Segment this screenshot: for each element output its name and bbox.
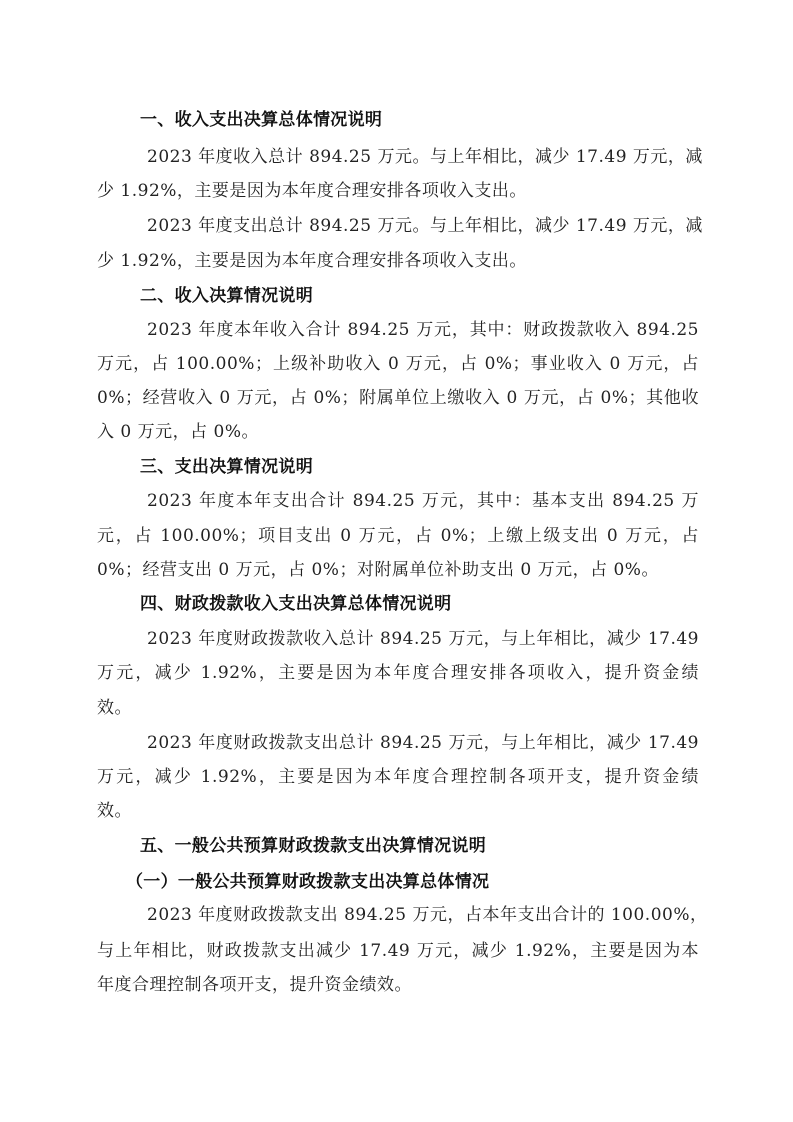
paragraph-line: 2023 年度收入总计 894.25 万元。与上年相比，减少 17.49 万元，…: [147, 145, 699, 169]
paragraph-line: 2023 年度支出总计 894.25 万元。与上年相比，减少 17.49 万元，…: [147, 214, 699, 238]
paragraph-line: 元，占 100.00%；项目支出 0 万元，占 0%；上缴上级支出 0 万元，占: [97, 524, 699, 548]
paragraph-line: 万元，减少 1.92%，主要是因为本年度合理控制各项开支，提升资金绩: [97, 765, 699, 789]
section-heading-4: 四、财政拨款收入支出决算总体情况说明: [140, 592, 451, 616]
paragraph-line: 2023 年度财政拨款收入总计 894.25 万元，与上年相比，减少 17.49: [147, 627, 699, 651]
paragraph-line: 年度合理控制各项开支，提升资金绩效。: [97, 973, 699, 997]
paragraph-line: 与上年相比，财政拨款支出减少 17.49 万元，减少 1.92%，主要是因为本: [97, 939, 699, 963]
paragraph-line: 效。: [97, 799, 699, 823]
section-heading-1: 一、收入支出决算总体情况说明: [140, 108, 382, 132]
paragraph-line: 0%；经营收入 0 万元，占 0%；附属单位上缴收入 0 万元，占 0%；其他收: [97, 386, 699, 410]
paragraph-line: 万元，占 100.00%；上级补助收入 0 万元，占 0%；事业收入 0 万元，…: [97, 352, 699, 376]
paragraph-line: 2023 年度财政拨款支出总计 894.25 万元，与上年相比，减少 17.49: [147, 731, 699, 755]
subsection-heading: （一）一般公共预算财政拨款支出决算总体情况: [126, 870, 489, 894]
paragraph-line: 入 0 万元，占 0%。: [97, 420, 699, 444]
paragraph-line: 0%；经营支出 0 万元，占 0%；对附属单位补助支出 0 万元，占 0%。: [97, 558, 699, 582]
section-heading-3: 三、支出决算情况说明: [140, 455, 313, 479]
paragraph-line: 少 1.92%，主要是因为本年度合理安排各项收入支出。: [97, 179, 699, 203]
document-page: 一、收入支出决算总体情况说明 2023 年度收入总计 894.25 万元。与上年…: [0, 0, 793, 1122]
paragraph-line: 万元，减少 1.92%，主要是因为本年度合理安排各项收入，提升资金绩: [97, 661, 699, 685]
paragraph-line: 少 1.92%，主要是因为本年度合理安排各项收入支出。: [97, 249, 699, 273]
paragraph-line: 效。: [97, 696, 699, 720]
paragraph-line: 2023 年度本年支出合计 894.25 万元，其中：基本支出 894.25 万: [147, 489, 699, 513]
paragraph-line: 2023 年度本年收入合计 894.25 万元，其中：财政拨款收入 894.25: [147, 318, 699, 342]
paragraph-line: 2023 年度财政拨款支出 894.25 万元，占本年支出合计的 100.00%…: [147, 903, 699, 927]
section-heading-5: 五、一般公共预算财政拨款支出决算情况说明: [140, 834, 486, 858]
section-heading-2: 二、收入决算情况说明: [140, 284, 313, 308]
